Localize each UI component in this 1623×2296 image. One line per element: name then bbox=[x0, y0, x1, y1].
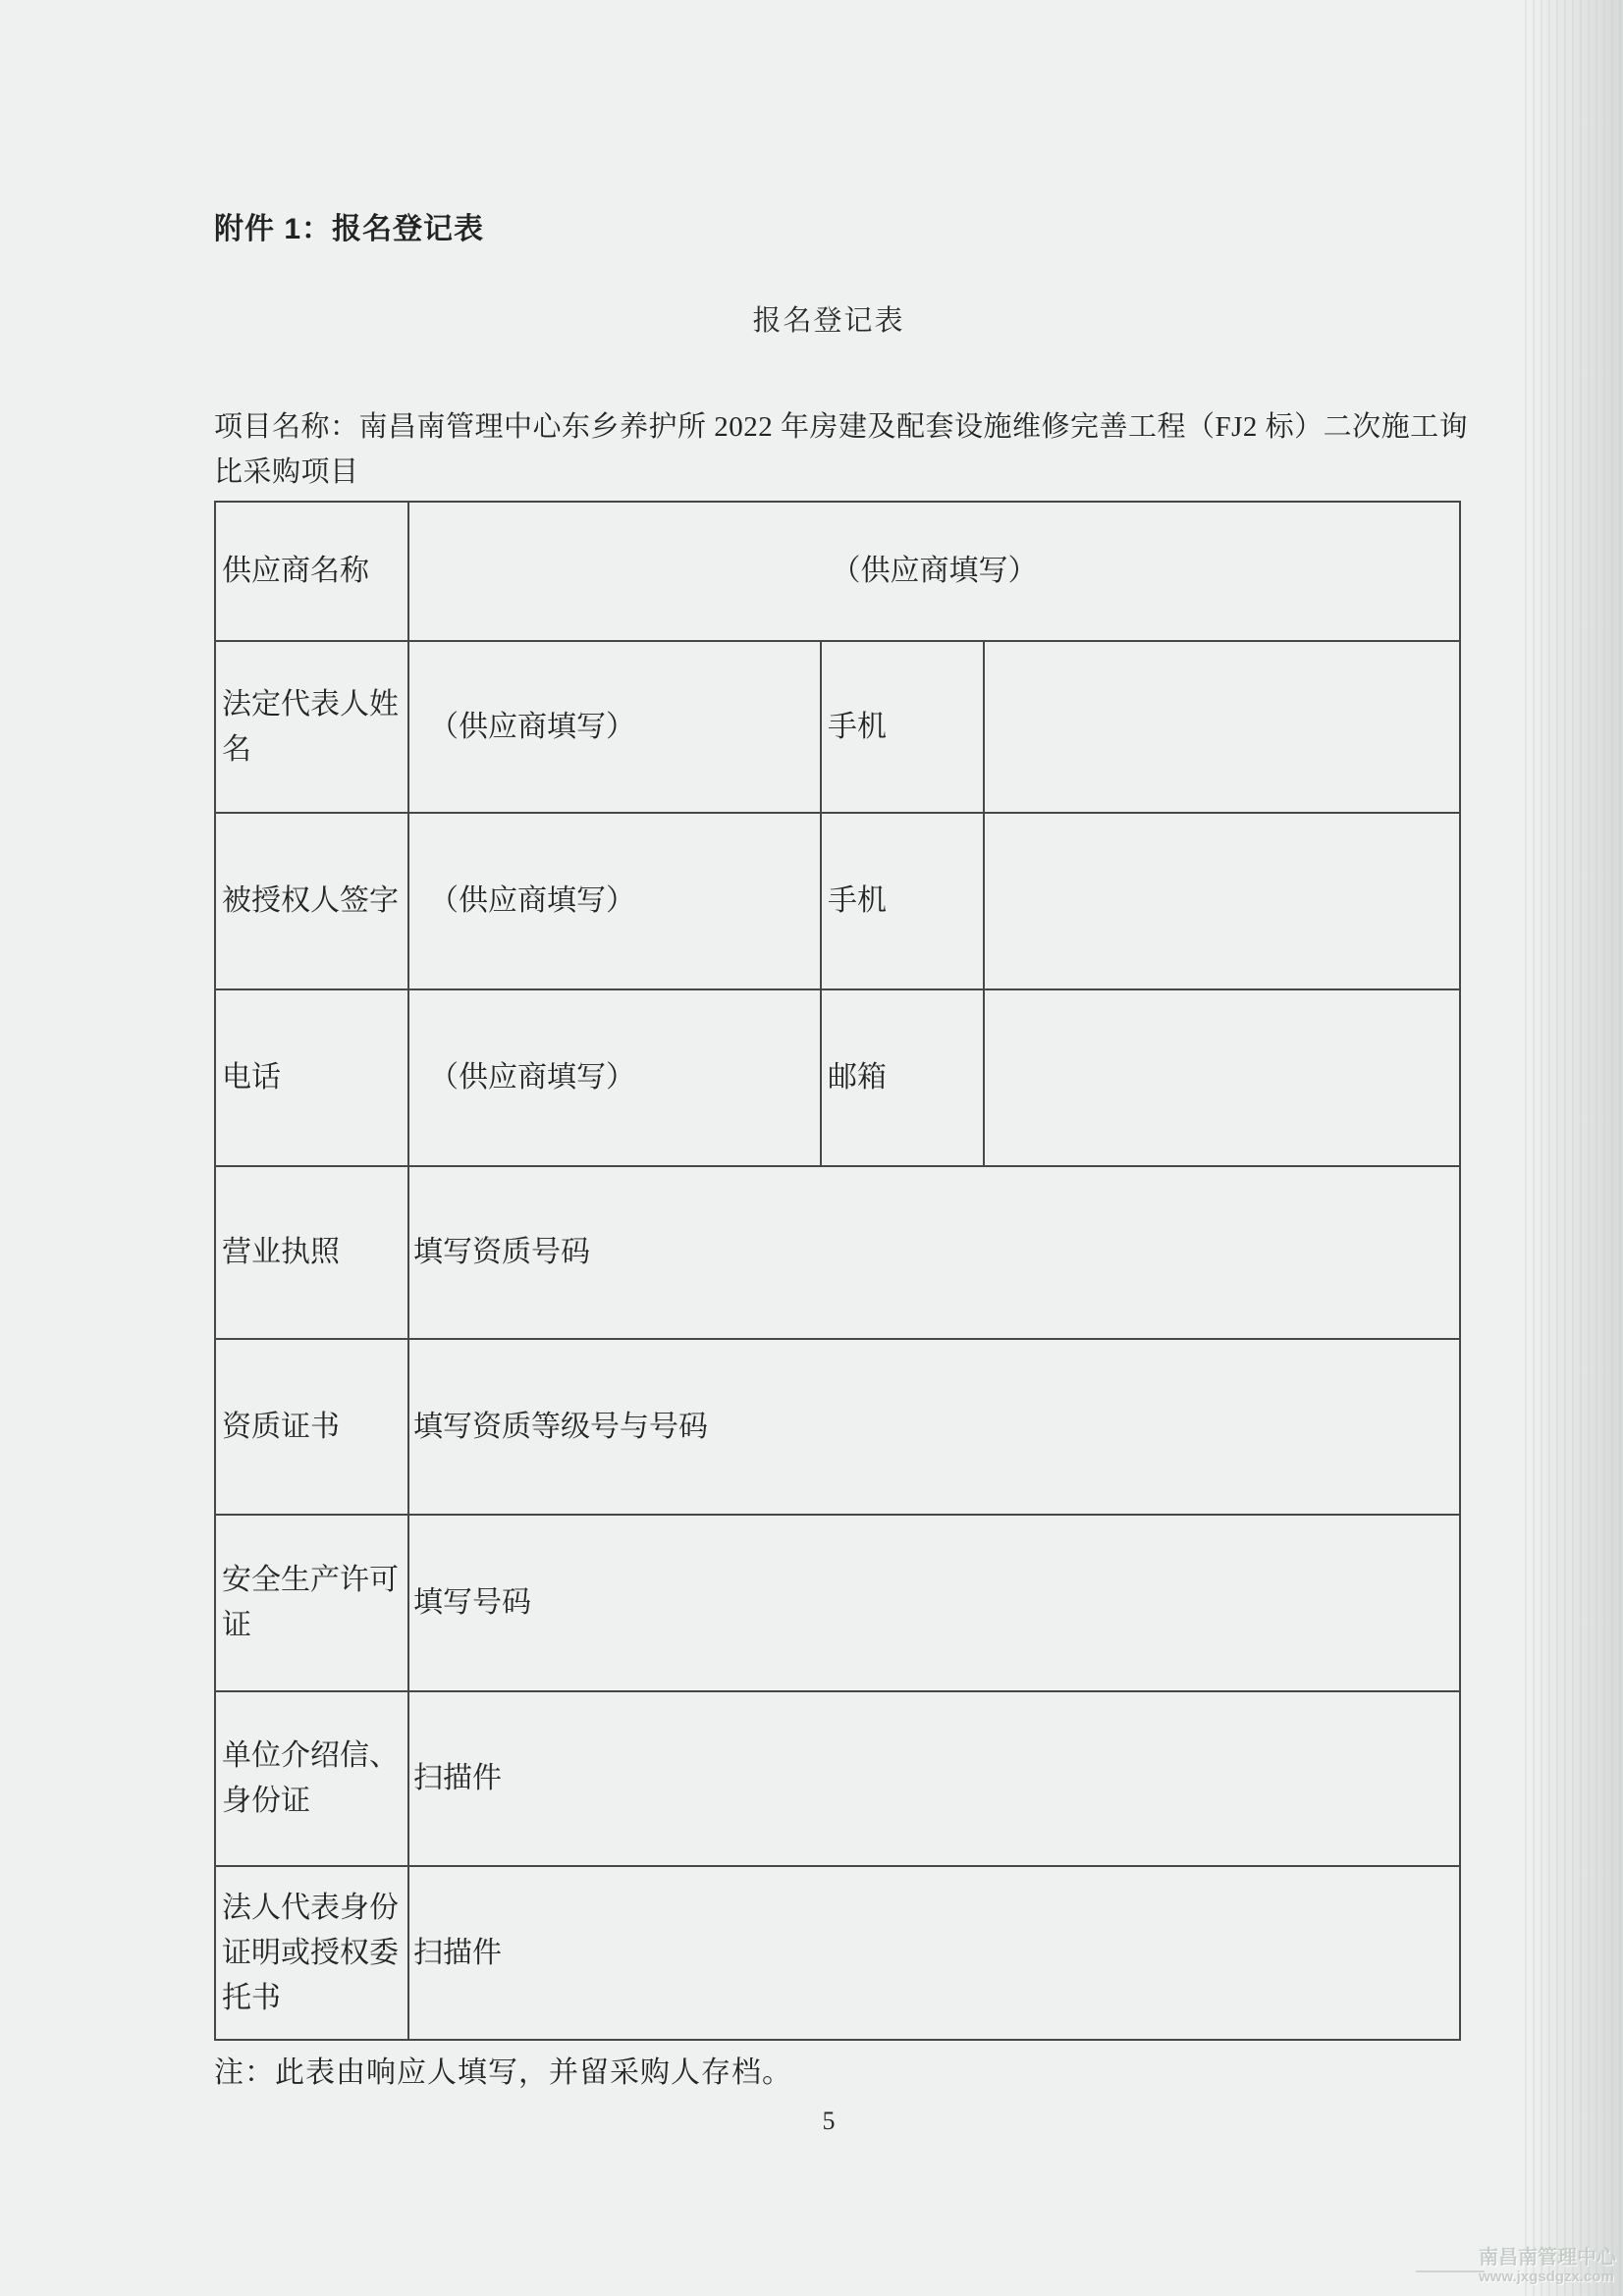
attachment-title: 附件 1：报名登记表 bbox=[214, 204, 484, 247]
row-label: 被授权人签字 bbox=[215, 813, 408, 989]
scan-artifact-line bbox=[1416, 2270, 1485, 2272]
table-row-legal-id-or-authorization: 法人代表身份证明或授权委托书 扫描件 bbox=[215, 1866, 1460, 2040]
footer-note: 注：此表由响应人填写，并留采购人存档。 bbox=[214, 2048, 792, 2091]
scan-artifact-band bbox=[1525, 0, 1623, 2296]
row-label-secondary: 邮箱 bbox=[821, 989, 984, 1166]
table-row-telephone: 电话 （供应商填写） 邮箱 bbox=[215, 989, 1460, 1166]
table-row-business-license: 营业执照 填写资质号码 bbox=[215, 1166, 1460, 1339]
row-value: 扫描件 bbox=[408, 1866, 1460, 2040]
row-label-secondary: 手机 bbox=[821, 813, 984, 989]
scanned-document-page: 附件 1：报名登记表 报名登记表 项目名称：南昌南管理中心东乡养护所 2022 … bbox=[0, 0, 1623, 2296]
row-label: 电话 bbox=[215, 989, 408, 1166]
row-value: 填写资质等级号与号码 bbox=[408, 1339, 1460, 1515]
row-value: （供应商填写） bbox=[408, 641, 821, 813]
row-value: （供应商填写） bbox=[408, 813, 821, 989]
row-value-secondary bbox=[984, 813, 1460, 989]
page-number: 5 bbox=[206, 2107, 1451, 2136]
watermark-site-name: 南昌南管理中心 bbox=[1479, 2248, 1616, 2268]
table-row-qualification-certificate: 资质证书 填写资质等级号与号码 bbox=[215, 1339, 1460, 1515]
table-row-legal-representative: 法定代表人姓名 （供应商填写） 手机 bbox=[215, 641, 1460, 813]
table-row-safety-production-license: 安全生产许可证 填写号码 bbox=[215, 1515, 1460, 1691]
watermark: 南昌南管理中心 www.jxgsdgzx.com bbox=[1479, 2248, 1616, 2284]
row-value: 填写资质号码 bbox=[408, 1166, 1460, 1339]
project-name: 项目名称：南昌南管理中心东乡养护所 2022 年房建及配套设施维修完善工程（FJ… bbox=[214, 404, 1481, 495]
table-row-introduction-letter-id: 单位介绍信、身份证 扫描件 bbox=[215, 1691, 1460, 1866]
row-label: 营业执照 bbox=[215, 1166, 408, 1339]
row-value-secondary bbox=[984, 989, 1460, 1166]
row-value: （供应商填写） bbox=[408, 502, 1460, 641]
row-value: （供应商填写） bbox=[408, 989, 821, 1166]
row-value-secondary bbox=[984, 641, 1460, 813]
row-label: 供应商名称 bbox=[215, 502, 408, 641]
watermark-site-url: www.jxgsdgzx.com bbox=[1479, 2269, 1616, 2284]
table-row-supplier-name: 供应商名称 （供应商填写） bbox=[215, 502, 1460, 641]
row-label: 单位介绍信、身份证 bbox=[215, 1691, 408, 1866]
row-label: 安全生产许可证 bbox=[215, 1515, 408, 1691]
row-value: 扫描件 bbox=[408, 1691, 1460, 1866]
row-label: 法定代表人姓名 bbox=[215, 641, 408, 813]
table-row-authorized-person: 被授权人签字 （供应商填写） 手机 bbox=[215, 813, 1460, 989]
registration-table: 供应商名称 （供应商填写） 法定代表人姓名 （供应商填写） 手机 被授权人签字 … bbox=[214, 501, 1461, 2041]
row-label: 资质证书 bbox=[215, 1339, 408, 1515]
row-label: 法人代表身份证明或授权委托书 bbox=[215, 1866, 408, 2040]
row-value: 填写号码 bbox=[408, 1515, 1460, 1691]
row-label-secondary: 手机 bbox=[821, 641, 984, 813]
form-title: 报名登记表 bbox=[206, 298, 1451, 339]
